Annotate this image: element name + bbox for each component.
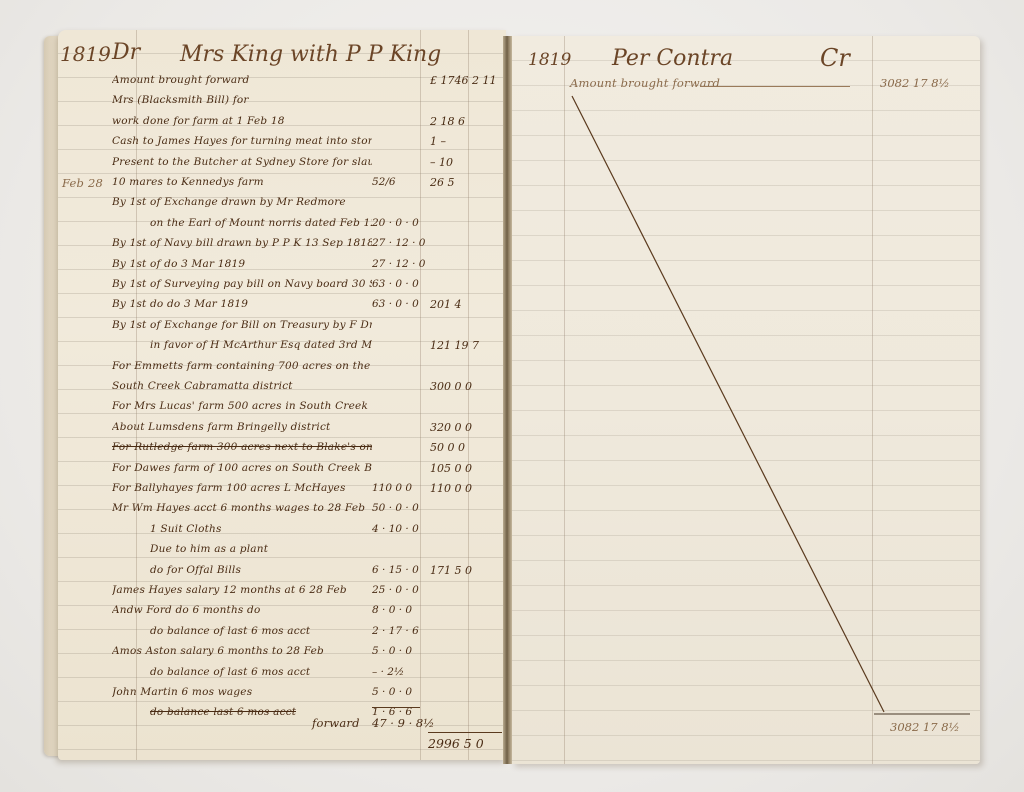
open-ledger: 1819 Dr Mrs King with P P King Amount br… — [0, 0, 1024, 792]
cancellation-diagonal-line — [0, 0, 1024, 792]
right-page-total: 3082 17 8½ — [890, 720, 980, 734]
